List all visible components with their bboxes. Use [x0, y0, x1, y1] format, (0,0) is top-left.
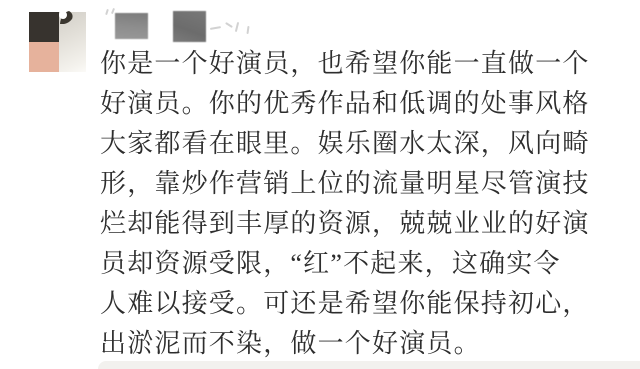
avatar-dark-block — [29, 12, 59, 42]
comment-text-line: 大家都看在眼里。娱乐圈水太深，风向畸 — [100, 124, 630, 164]
comment-text-line: 出淤泥而不染，做一个好演员。 — [100, 324, 630, 364]
comment-screenshot: 你是一个好演员，也希望你能一直做一个 好演员。你的优秀作品和低调的处事风格 大家… — [0, 0, 640, 369]
faint-handwriting-remnant — [105, 9, 109, 15]
comment-text-line: 形，靠炒作营销上位的流量明星尽管演技 — [100, 164, 630, 204]
faint-handwriting-remnant — [210, 26, 221, 30]
comment-text-line: 好演员。你的优秀作品和低调的处事风格 — [100, 84, 630, 124]
avatar-skin-block — [29, 42, 59, 72]
faint-handwriting-remnant — [235, 22, 239, 32]
comment-text-line: 你是一个好演员，也希望你能一直做一个 — [100, 44, 630, 84]
faint-handwriting-remnant — [225, 22, 233, 28]
comment-body: 你是一个好演员，也希望你能一直做一个 好演员。你的优秀作品和低调的处事风格 大家… — [100, 44, 630, 364]
comment-text-line: 员却资源受限，“红”不起来，这确实令 — [100, 244, 630, 284]
next-card-top-edge — [98, 361, 640, 369]
redacted-username-block-2 — [173, 11, 206, 42]
faint-handwriting-remnant — [246, 26, 249, 34]
avatar[interactable] — [29, 11, 86, 72]
comment-text-line: 人难以接受。可还是希望你能保持初心， — [100, 284, 630, 324]
redacted-username-block-1 — [115, 13, 148, 39]
comment-text-line: 烂却能得到丰厚的资源，兢兢业业的好演 — [100, 204, 630, 244]
avatar-hair-curl-icon — [59, 10, 76, 25]
